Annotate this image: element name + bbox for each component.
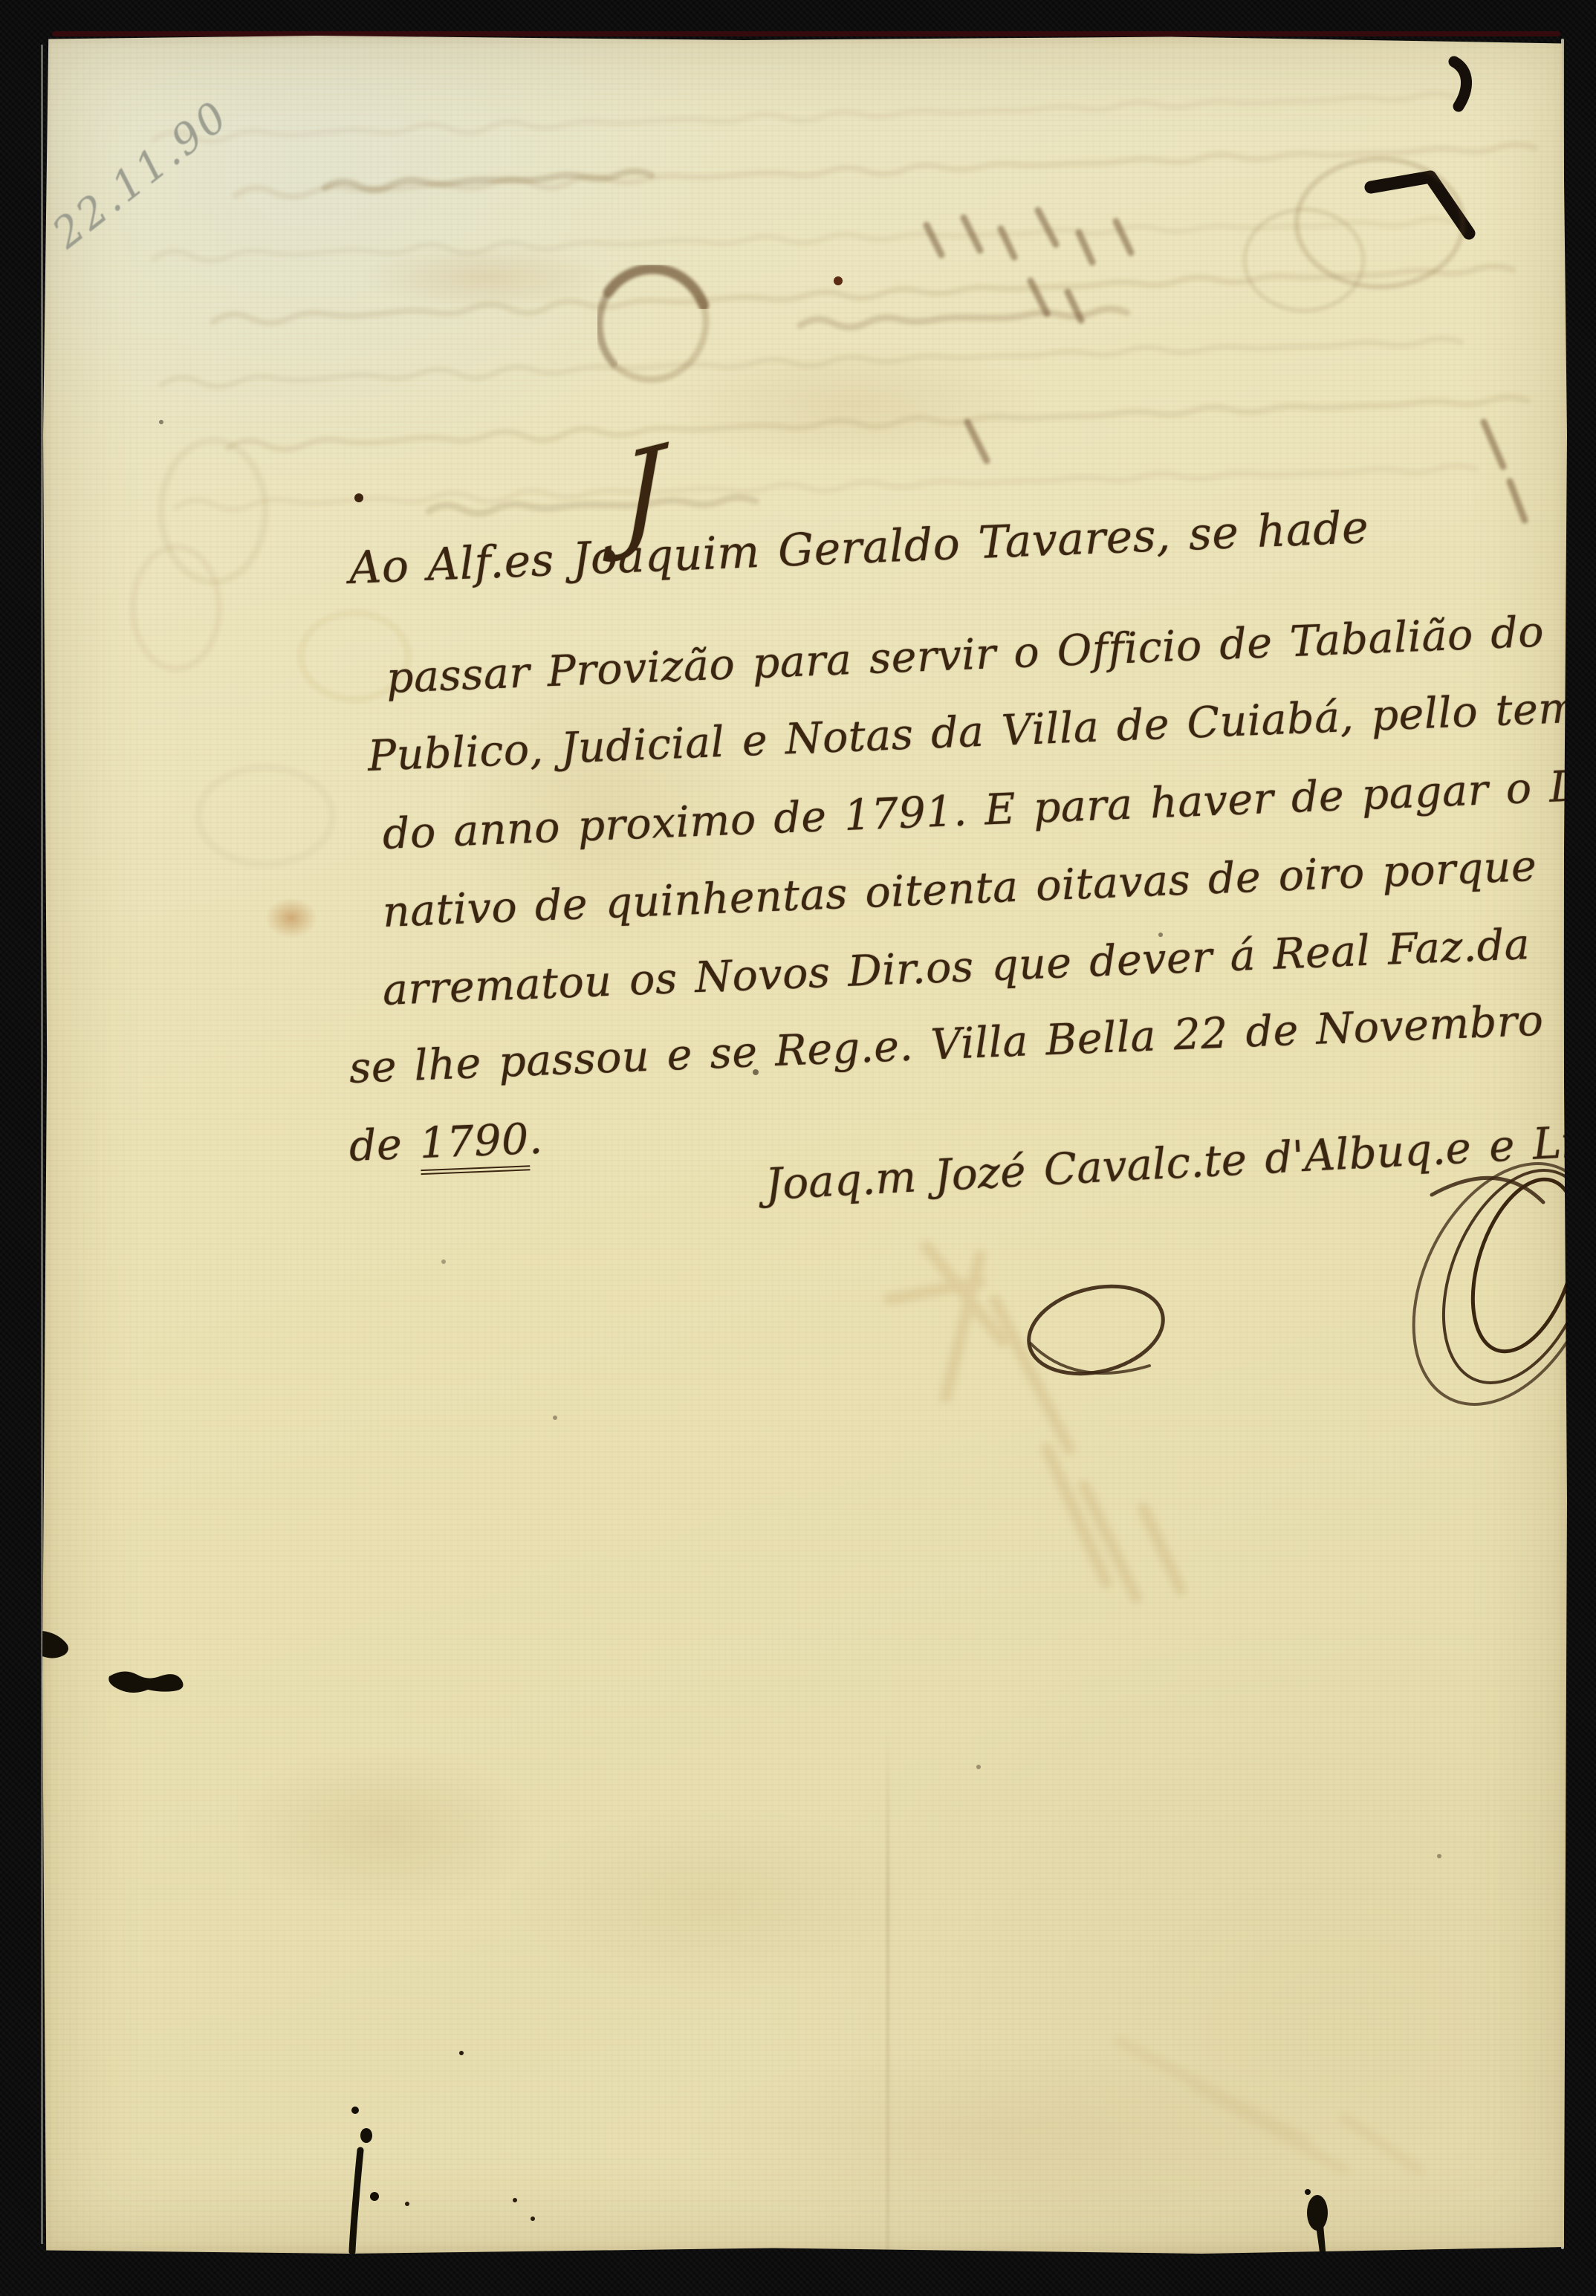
closing-prefix: de [348, 1119, 421, 1171]
paper-left-bright-edge [41, 45, 43, 2244]
photo-backdrop: 22.11.90 J Ao Alf.es Joaquim Geraldo Tav… [0, 0, 1596, 2296]
manuscript-paper: 22.11.90 J Ao Alf.es Joaquim Geraldo Tav… [42, 36, 1567, 2254]
paper-top-shadow-edge [52, 31, 1560, 36]
paper-crease [886, 1730, 889, 2254]
letter-closing-line: de 1790. [348, 1115, 544, 1171]
closing-year-underlined: 1790 [418, 1115, 530, 1175]
closing-suffix: . [528, 1115, 543, 1164]
